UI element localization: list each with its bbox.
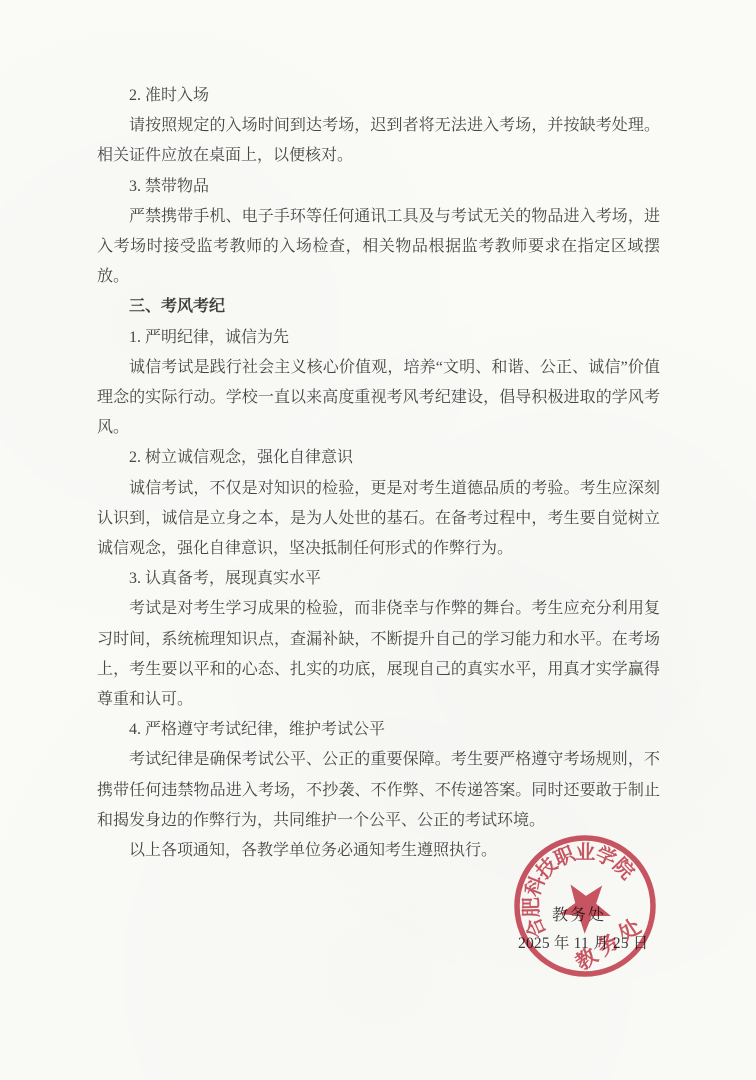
paragraph: 以上各项通知，各教学单位务必通知考生遵照执行。 xyxy=(97,836,660,866)
document-body: 2. 准时入场请按照规定的入场时间到达考场，迟到者将无法进入考场，并按缺考处理。… xyxy=(97,81,660,866)
sub-heading: 2. 树立诚信观念，强化自律意识 xyxy=(97,443,660,473)
paragraph: 诚信考试，不仅是对知识的检验，更是对考生道德品质的考验。考生应深刻认识到，诚信是… xyxy=(97,474,660,565)
paragraph: 诚信考试是践行社会主义核心价值观，培养“文明、和谐、公正、诚信”价值理念的实际行… xyxy=(97,353,660,444)
paragraph: 考试是对考生学习成果的检验，而非侥幸与作弊的舞台。考生应充分利用复习时间，系统梳… xyxy=(97,594,660,715)
scanned-document-page: 2. 准时入场请按照规定的入场时间到达考场，迟到者将无法进入考场，并按缺考处理。… xyxy=(0,0,756,1080)
signature-date: 2025 年 11 月 25 日 xyxy=(518,931,649,953)
seal-organization-char: 肥 xyxy=(520,897,543,917)
section-heading: 三、考风考纪 xyxy=(97,292,660,322)
sub-heading: 2. 准时入场 xyxy=(97,81,660,111)
signature-department: 教务处 xyxy=(552,902,606,925)
sub-heading: 3. 禁带物品 xyxy=(97,172,660,202)
paragraph: 考试纪律是确保考试公平、公正的重要保障。考生要严格遵守考场规则，不携带任何违禁物… xyxy=(97,745,660,836)
seal-organization-char: 科 xyxy=(520,871,550,899)
paragraph: 请按照规定的入场时间到达考场，迟到者将无法进入考场，并按缺考处理。相关证件应放在… xyxy=(97,111,660,171)
sub-heading: 4. 严格遵守考试纪律，维护考试公平 xyxy=(97,715,660,745)
sub-heading: 3. 认真备考，展现真实水平 xyxy=(97,564,660,594)
paragraph: 严禁携带手机、电子手环等任何通讯工具及与考试无关的物品进入考场，进入考场时接受监… xyxy=(97,202,660,293)
sub-heading: 1. 严明纪律，诚信为先 xyxy=(97,323,660,353)
